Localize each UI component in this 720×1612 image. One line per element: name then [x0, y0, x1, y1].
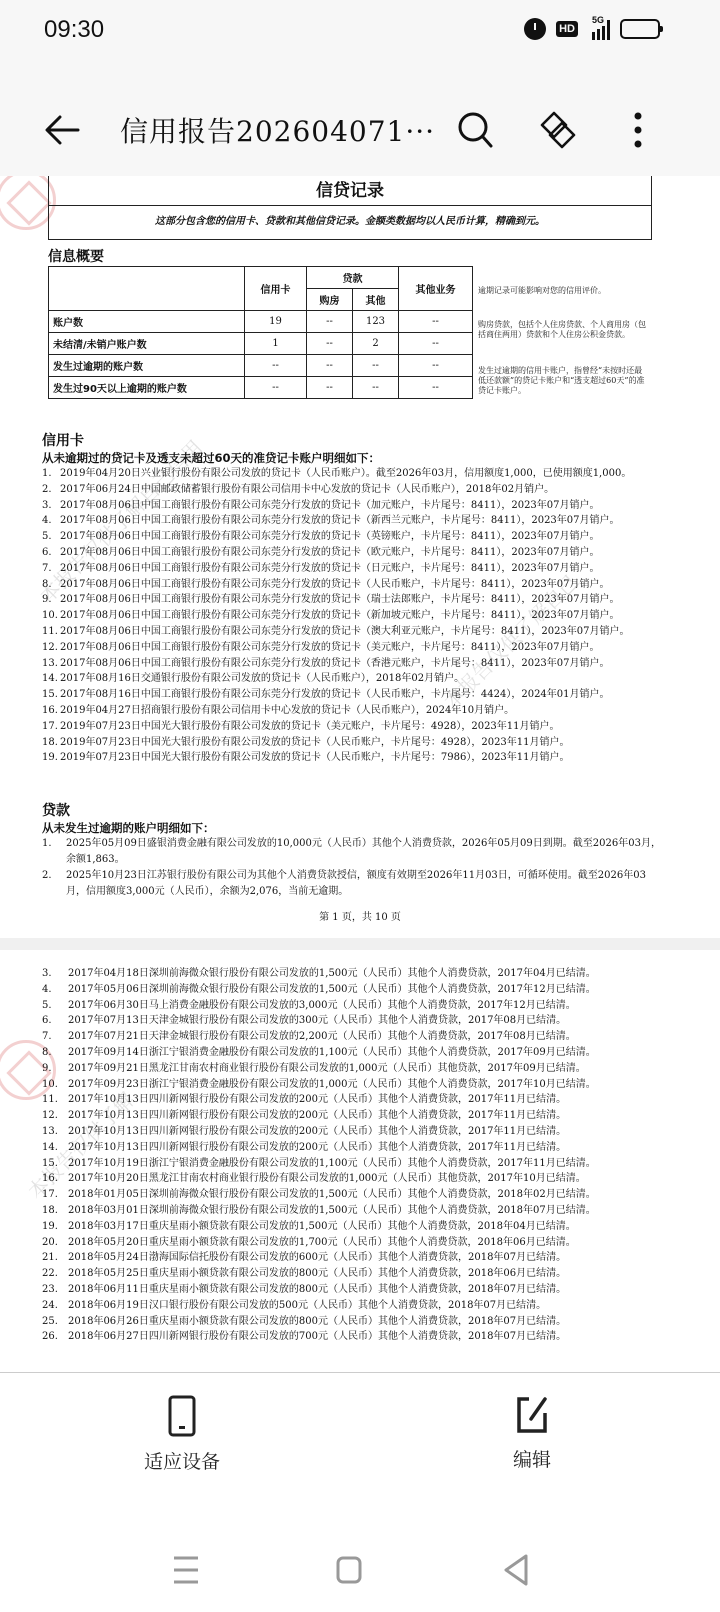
list-item: 10.2017年08月06日中国工商银行股份有限公司东莞分行发放的贷记卡（新加坡…	[42, 608, 662, 624]
list-item: 12.2017年10月13日四川新网银行股份有限公司发放的200元（人民币）其他…	[42, 1108, 662, 1124]
list-item: 14.2017年10月13日四川新网银行股份有限公司发放的200元（人民币）其他…	[42, 1140, 662, 1156]
loans-list: 1.2025年05月09日盛银消费金融有限公司发放的10,000元（人民币）其他…	[42, 836, 662, 900]
list-item: 6.2017年07月13日天津金城银行股份有限公司发放的300元（人民币）其他个…	[42, 1013, 662, 1029]
list-item: 24.2018年06月19日汉口银行股份有限公司发放的500元（人民币）其他个人…	[42, 1298, 662, 1314]
list-item: 18.2019年07月23日中国光大银行股份有限公司发放的贷记卡（人民币账户，卡…	[42, 735, 662, 751]
list-item: 2.2025年10月23日江苏银行股份有限公司为其他个人消费贷款授信，额度有效期…	[42, 868, 662, 900]
home-button[interactable]	[330, 1550, 370, 1590]
battery-icon	[620, 19, 660, 39]
list-item: 17.2018年01月05日深圳前海微众银行股份有限公司发放的1,500元（人民…	[42, 1187, 662, 1203]
header-blank	[49, 267, 245, 311]
5g-signal-icon: 5G	[588, 18, 610, 40]
system-navigation-bar	[0, 1512, 720, 1612]
search-button[interactable]	[454, 108, 498, 152]
list-item: 22.2018年05月25日重庆星雨小额贷款有限公司发放的800元（人民币）其他…	[42, 1266, 662, 1282]
list-item: 6.2017年08月06日中国工商银行股份有限公司东莞分行发放的贷记卡（欧元账户…	[42, 545, 662, 561]
list-item: 13.2017年10月13日四川新网银行股份有限公司发放的200元（人民币）其他…	[42, 1124, 662, 1140]
credit-card-section-subtitle: 从未逾期过的贷记卡及透支未超过60天的准贷记卡账户明细如下：	[42, 450, 380, 466]
overview-note: 逾期记录可能影响对您的信用评价。	[478, 286, 648, 296]
hd-icon: HD	[556, 21, 578, 37]
list-item: 23.2018年06月11日重庆星雨小额贷款有限公司发放的800元（人民币）其他…	[42, 1282, 662, 1298]
more-icon	[624, 108, 652, 152]
table-row: 账户数 19 -- 123 --	[49, 311, 473, 333]
list-item: 16.2019年04月27日招商银行股份有限公司信用卡中心发放的贷记卡（人民币账…	[42, 703, 662, 719]
section-header-box: 信贷记录 这部分包含您的信用卡、贷款和其他信贷记录。金额类数据均以人民币计算，精…	[48, 176, 652, 240]
loans-section-subtitle: 从未发生过逾期的账户明细如下：	[42, 820, 215, 836]
list-item: 3.2017年04月18日深圳前海微众银行股份有限公司发放的1,500元（人民币…	[42, 966, 662, 982]
list-item: 17.2019年07月23日中国光大银行股份有限公司发放的贷记卡（美元账户，卡片…	[42, 719, 662, 735]
list-item: 14.2017年08月16日交通银行股份有限公司发放的贷记卡（人民币账户），20…	[42, 671, 662, 687]
header-loan: 贷款	[307, 267, 399, 289]
more-options-button[interactable]	[624, 108, 652, 152]
list-item: 5.2017年06月30日马上消费金融股份有限公司发放的3,000元（人民币）其…	[42, 998, 662, 1014]
list-item: 19.2019年07月23日中国光大银行股份有限公司发放的贷记卡（人民币账户，卡…	[42, 750, 662, 766]
list-item: 9.2017年08月06日中国工商银行股份有限公司东莞分行发放的贷记卡（瑞士法郎…	[42, 592, 662, 608]
back-icon	[40, 108, 84, 152]
table-row: 发生过90天以上逾期的账户数 -- -- -- --	[49, 377, 473, 399]
search-icon	[454, 108, 498, 152]
app-bar: 信用报告202604071···	[0, 64, 720, 176]
status-time: 09:30	[44, 16, 104, 44]
list-item: 19.2018年03月17日重庆星雨小额贷款有限公司发放的1,500元（人民币）…	[42, 1219, 662, 1235]
list-item: 5.2017年08月06日中国工商银行股份有限公司东莞分行发放的贷记卡（英镑账户…	[42, 529, 662, 545]
loans-list-continued: 3.2017年04月18日深圳前海微众银行股份有限公司发放的1,500元（人民币…	[42, 966, 662, 1345]
document-title: 信用报告202604071···	[120, 110, 435, 150]
list-item: 16.2017年10月20日黑龙江甘南农村商业银行股份有限公司发放的1,000元…	[42, 1171, 662, 1187]
list-item: 4.2017年08月06日中国工商银行股份有限公司东莞分行发放的贷记卡（新西兰元…	[42, 513, 662, 529]
home-icon	[330, 1550, 370, 1590]
alarm-icon	[524, 18, 546, 40]
page-separator	[0, 938, 720, 950]
back-triangle-icon	[498, 1550, 538, 1590]
list-item: 7.2017年07月21日天津金城银行股份有限公司发放的2,200元（人民币）其…	[42, 1029, 662, 1045]
table-row: 发生过逾期的账户数 -- -- -- --	[49, 355, 473, 377]
list-item: 4.2017年05月06日深圳前海微众银行股份有限公司发放的1,500元（人民币…	[42, 982, 662, 998]
overview-table: 信用卡 贷款 其他业务 购房 其他 账户数 19 -- 123 -- 未结清/未…	[48, 266, 473, 399]
share-button[interactable]	[536, 108, 580, 152]
document-page-1: 本报告仅供了解自己信用 本报告仅供了解自己 信贷记录 这部分包含您的信用卡、贷款…	[0, 176, 720, 938]
header-other-business: 其他业务	[399, 267, 473, 311]
list-item: 21.2018年05月24日渤海国际信托股份有限公司发放的600元（人民币）其他…	[42, 1250, 662, 1266]
list-item: 26.2018年06月27日四川新网银行股份有限公司发放的700元（人民币）其他…	[42, 1329, 662, 1345]
list-item: 12.2017年08月06日中国工商银行股份有限公司东莞分行发放的贷记卡（美元账…	[42, 640, 662, 656]
phone-icon	[168, 1395, 196, 1437]
list-item: 11.2017年10月13日四川新网银行股份有限公司发放的200元（人民币）其他…	[42, 1092, 662, 1108]
list-item: 25.2018年06月26日重庆星雨小额贷款有限公司发放的800元（人民币）其他…	[42, 1314, 662, 1330]
loans-section-title: 贷款	[42, 800, 70, 820]
overview-title: 信息概要	[48, 246, 104, 266]
header-credit-card: 信用卡	[245, 267, 307, 311]
status-bar: 09:30 HD 5G	[0, 0, 720, 64]
share-icon	[536, 108, 580, 152]
header-loan-other: 其他	[353, 289, 399, 311]
menu-icon	[166, 1550, 206, 1590]
list-item: 20.2018年05月20日重庆星雨小额贷款有限公司发放的1,700元（人民币）…	[42, 1235, 662, 1251]
header-loan-house: 购房	[307, 289, 353, 311]
section-title: 信贷记录	[49, 176, 651, 206]
list-item: 8.2017年08月06日中国工商银行股份有限公司东莞分行发放的贷记卡（人民币账…	[42, 577, 662, 593]
status-icons: HD 5G	[524, 18, 660, 40]
table-row: 未结清/未销户账户数 1 -- 2 --	[49, 333, 473, 355]
list-item: 15.2017年10月19日浙江宁银消费金融股份有限公司发放的1,100元（人民…	[42, 1156, 662, 1172]
list-item: 13.2017年08月06日中国工商银行股份有限公司东莞分行发放的贷记卡（香港元…	[42, 656, 662, 672]
edit-icon	[515, 1395, 549, 1435]
list-item: 9.2017年09月21日黑龙江甘南农村商业银行股份有限公司发放的1,000元（…	[42, 1061, 662, 1077]
back-button[interactable]	[40, 108, 84, 152]
credit-card-section-title: 信用卡	[42, 430, 84, 450]
page-number: 第 1 页，共 10 页	[0, 908, 720, 923]
edit-label: 编辑	[472, 1445, 592, 1472]
list-item: 18.2018年03月01日深圳前海微众银行股份有限公司发放的1,500元（人民…	[42, 1203, 662, 1219]
list-item: 1.2025年05月09日盛银消费金融有限公司发放的10,000元（人民币）其他…	[42, 836, 662, 868]
fit-device-label: 适应设备	[122, 1447, 242, 1474]
list-item: 8.2017年09月14日浙江宁银消费金融股份有限公司发放的1,100元（人民币…	[42, 1045, 662, 1061]
document-viewer[interactable]: 本报告仅供了解自己信用 本报告仅供了解自己 信贷记录 这部分包含您的信用卡、贷款…	[0, 176, 720, 1372]
edit-button[interactable]: 编辑	[472, 1395, 592, 1472]
back-nav-button[interactable]	[498, 1550, 538, 1590]
section-subtitle: 这部分包含您的信用卡、贷款和其他信贷记录。金额类数据均以人民币计算，精确到元。	[49, 206, 651, 238]
list-item: 7.2017年08月06日中国工商银行股份有限公司东莞分行发放的贷记卡（日元账户…	[42, 561, 662, 577]
list-item: 2.2017年06月24日中国邮政储蓄银行股份有限公司信用卡中心发放的贷记卡（人…	[42, 482, 662, 498]
credit-card-list: 1.2019年04月20日兴业银行股份有限公司发放的贷记卡（人民币账户）。截至2…	[42, 466, 662, 766]
overview-note: 购房贷款，包括个人住房贷款、个人商用房（包括商住两用）贷款和个人住房公积金贷款。	[478, 320, 648, 340]
list-item: 1.2019年04月20日兴业银行股份有限公司发放的贷记卡（人民币账户）。截至2…	[42, 466, 662, 482]
overview-note: 发生过逾期的信用卡账户，指曾经“未按时还最低还款额”的贷记卡账户和“透支超过60…	[478, 366, 648, 396]
list-item: 10.2017年09月23日浙江宁银消费金融股份有限公司发放的1,000元（人民…	[42, 1077, 662, 1093]
list-item: 3.2017年08月06日中国工商银行股份有限公司东莞分行发放的贷记卡（加元账户…	[42, 498, 662, 514]
bottom-toolbar: 适应设备 编辑	[0, 1372, 720, 1512]
list-item: 11.2017年08月06日中国工商银行股份有限公司东莞分行发放的贷记卡（澳大利…	[42, 624, 662, 640]
document-page-2: 本报告仅供了解 3.2017年04月18日深圳前海微众银行股份有限公司发放的1,…	[0, 950, 720, 1372]
fit-device-button[interactable]: 适应设备	[122, 1395, 242, 1474]
recent-apps-button[interactable]	[166, 1550, 206, 1590]
list-item: 15.2017年08月16日中国工商银行股份有限公司东莞分行发放的贷记卡（人民币…	[42, 687, 662, 703]
